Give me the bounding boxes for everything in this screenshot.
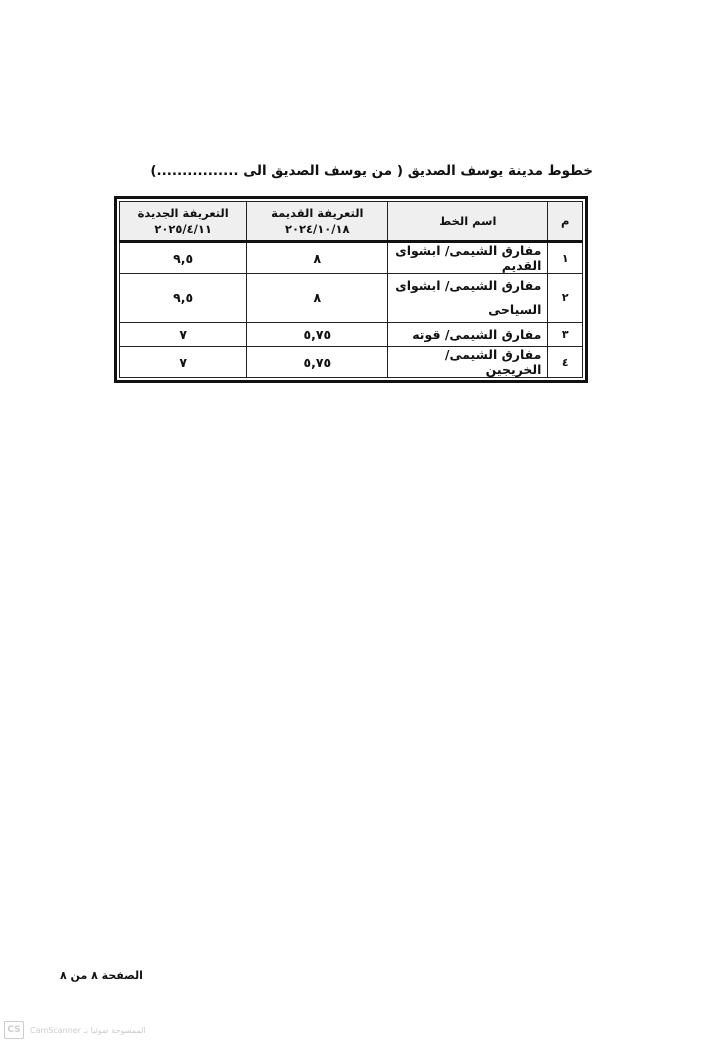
cell-num: ٢	[548, 274, 583, 323]
cell-old-fare: ٥,٧٥	[247, 347, 388, 378]
page-title: خطوط مدينة يوسف الصديق ( من يوسف الصديق …	[150, 163, 593, 179]
scanner-watermark: CS CamScanner الممسوحة ضوئيا بـ	[4, 1021, 146, 1039]
camscanner-logo-icon: CS	[4, 1021, 24, 1039]
cell-new-fare: ٩,٥	[120, 274, 247, 323]
cell-route: مفارق الشيمى/ ابشواى السياحى	[388, 274, 548, 323]
header-old-fare: التعريفة القديمة ٢٠٢٤/١٠/١٨	[247, 202, 388, 242]
header-route: اسم الخط	[388, 202, 548, 242]
header-new-fare: التعريفة الجديدة ٢٠٢٥/٤/١١	[120, 202, 247, 242]
cell-new-fare: ٧	[120, 323, 247, 347]
table-row: ٣ مفارق الشيمى/ قوته ٥,٧٥ ٧	[120, 323, 583, 347]
header-new-fare-label: التعريفة الجديدة	[126, 205, 240, 221]
cell-num: ٤	[548, 347, 583, 378]
header-num: م	[548, 202, 583, 242]
table-header-row: م اسم الخط التعريفة القديمة ٢٠٢٤/١٠/١٨ ا…	[120, 202, 583, 242]
fare-table-container: م اسم الخط التعريفة القديمة ٢٠٢٤/١٠/١٨ ا…	[114, 196, 588, 383]
cell-old-fare: ٨	[247, 274, 388, 323]
header-old-fare-label: التعريفة القديمة	[253, 205, 381, 221]
cell-num: ١	[548, 242, 583, 274]
cell-old-fare: ٨	[247, 242, 388, 274]
cell-route: مفارق الشيمى/ قوته	[388, 323, 548, 347]
cell-new-fare: ٩,٥	[120, 242, 247, 274]
cell-route: مفارق الشيمى/ الخريجين	[388, 347, 548, 378]
page-indicator: الصفحة ٨ من ٨	[60, 969, 143, 982]
watermark-text: CamScanner الممسوحة ضوئيا بـ	[30, 1026, 146, 1035]
header-old-fare-date: ٢٠٢٤/١٠/١٨	[253, 221, 381, 237]
fare-table: م اسم الخط التعريفة القديمة ٢٠٢٤/١٠/١٨ ا…	[119, 201, 583, 378]
table-row: ١ مفارق الشيمى/ ابشواى القديم ٨ ٩,٥	[120, 242, 583, 274]
table-row: ٤ مفارق الشيمى/ الخريجين ٥,٧٥ ٧	[120, 347, 583, 378]
cell-new-fare: ٧	[120, 347, 247, 378]
cell-old-fare: ٥,٧٥	[247, 323, 388, 347]
cell-route: مفارق الشيمى/ ابشواى القديم	[388, 242, 548, 274]
table-row: ٢ مفارق الشيمى/ ابشواى السياحى ٨ ٩,٥	[120, 274, 583, 323]
header-new-fare-date: ٢٠٢٥/٤/١١	[126, 221, 240, 237]
cell-num: ٣	[548, 323, 583, 347]
